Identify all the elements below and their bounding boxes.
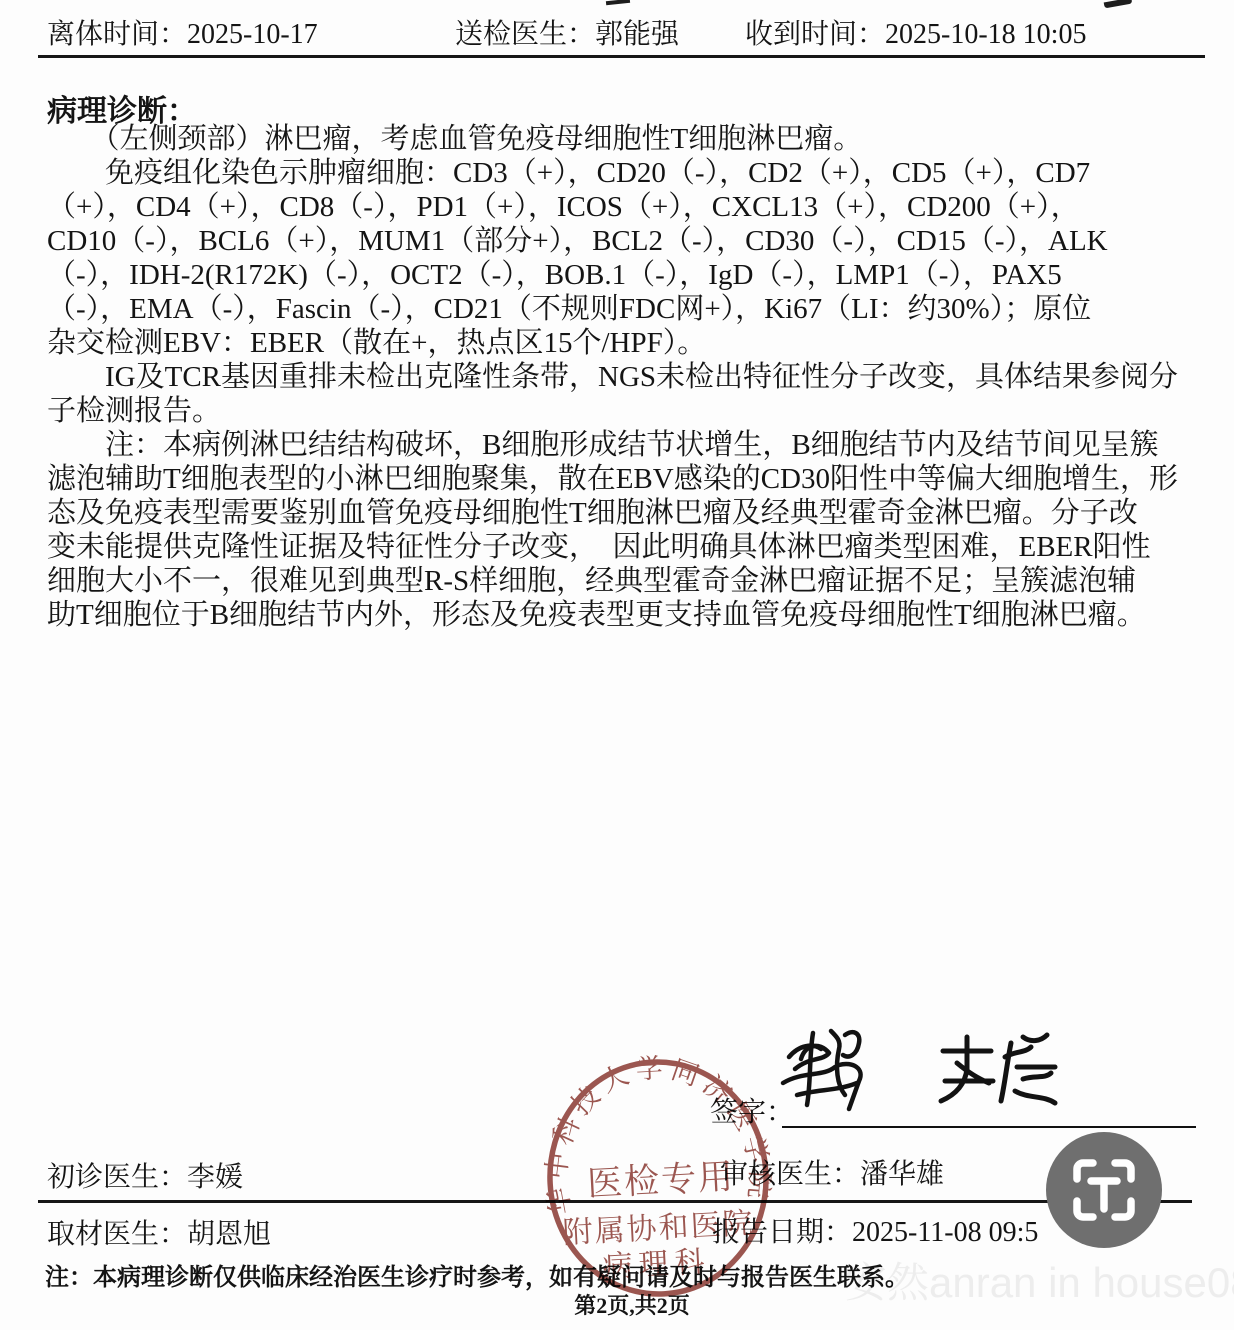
- seal-hospital-text: 附属协和医院: [562, 1207, 755, 1250]
- ex-vivo-time-field: 离体时间：2025-10-17: [47, 12, 318, 52]
- review-doctor-value: 潘华雄: [860, 1159, 944, 1190]
- first-visit-doctor-label: 初诊医生：: [47, 1162, 187, 1193]
- header-divider: [38, 55, 1205, 58]
- scan-artifact: [1104, 0, 1133, 8]
- pathology-report-page: 离体时间：2025-10-17 送检医生：郭能强 收到时间：2025-10-18…: [0, 0, 1234, 1330]
- sampling-doctor-label: 取材医生：: [47, 1219, 187, 1250]
- report-date-value: 2025-11-08 09:5: [852, 1217, 1038, 1248]
- received-time-value: 2025-10-18 10:05: [885, 19, 1086, 50]
- submitting-doctor-label: 送检医生：: [455, 19, 595, 50]
- received-time-label: 收到时间：: [745, 19, 885, 50]
- submitting-doctor-value: 郭能强: [595, 19, 679, 50]
- received-time-field: 收到时间：2025-10-18 10:05: [745, 12, 1086, 52]
- sampling-doctor-field: 取材医生：胡恩旭: [47, 1212, 271, 1252]
- submitting-doctor-field: 送检医生：郭能强: [455, 12, 679, 52]
- scan-artifact: [606, 0, 630, 5]
- signature-line: [782, 1126, 1196, 1128]
- seal-purpose-text: 医检专用: [586, 1157, 736, 1204]
- disclaimer-note: 注：本病理诊断仅供临床经治医生诊疗时参考，如有疑问请及时与报告医生联系。: [45, 1257, 909, 1292]
- handwritten-signatures: [775, 1025, 1075, 1125]
- hospital-seal: 华中科技大学同济医学院 医检专用 附属协和医院 病理科: [540, 1052, 776, 1304]
- seal-department-text: 病理科: [602, 1245, 712, 1284]
- sampling-doctor-value: 胡恩旭: [187, 1219, 271, 1250]
- diagnosis-body-text: （左侧颈部）淋巴瘤，考虑血管免疫母细胞性T细胞淋巴瘤。 免疫组化染色示肿瘤细胞：…: [47, 122, 1197, 632]
- first-visit-doctor-field: 初诊医生：李媛: [47, 1155, 243, 1195]
- ex-vivo-time-value: 2025-10-17: [187, 19, 318, 50]
- translate-button[interactable]: [1045, 1131, 1163, 1249]
- first-visit-doctor-value: 李媛: [187, 1162, 243, 1193]
- signature-pan-huaxiong: [783, 1031, 861, 1109]
- ex-vivo-time-label: 离体时间：: [47, 19, 187, 50]
- signature-li-yuan: [941, 1035, 1055, 1103]
